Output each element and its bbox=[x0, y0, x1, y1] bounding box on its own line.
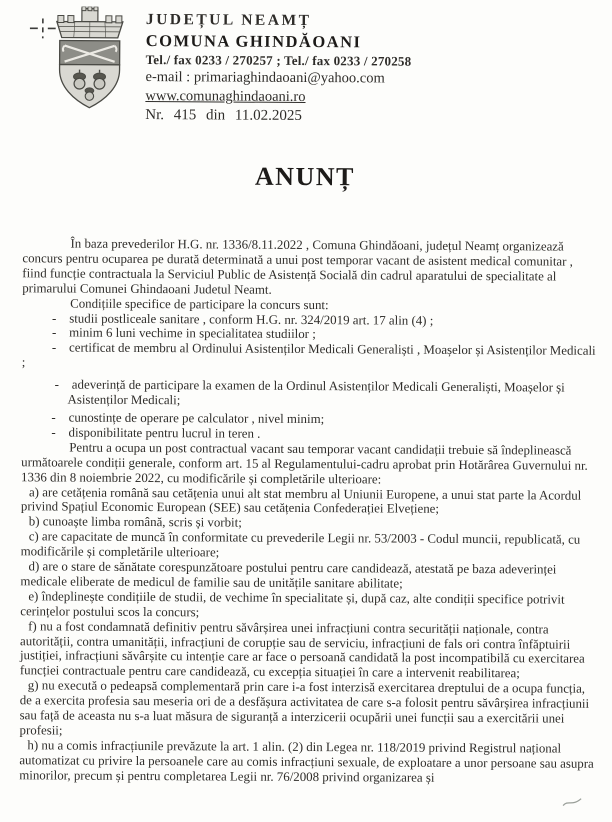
commune-name: COMUNA GHINDĂOANI bbox=[146, 30, 412, 53]
body: În baza prevederilor H.G. nr. 1336/8.11.… bbox=[19, 236, 600, 786]
condition-item: a) are cetățenia română sau cetățenia un… bbox=[21, 485, 599, 518]
condition-item: f) nu a fost condamnată definitiv pentru… bbox=[20, 619, 598, 682]
condition-item: c) are capacitate de muncă în conformita… bbox=[21, 529, 599, 562]
bullet-line: - certificat de membru al Ordinului Asis… bbox=[22, 341, 600, 374]
condition-item: h) nu a comis infracțiunile prevăzute la… bbox=[19, 738, 597, 786]
page-title: ANUNȚ bbox=[0, 160, 611, 194]
bullet-line: - adeverință de participare la examen de… bbox=[22, 377, 600, 410]
website-url: www.comunaghindaoani.ro bbox=[145, 87, 411, 107]
email-line: e-mail : primariaghindaoani@yahoo.com bbox=[145, 68, 411, 88]
letterhead: JUDEȚUL NEAMȚ COMUNA GHINDĂOANI Tel./ fa… bbox=[43, 6, 411, 127]
condition-item: e) îndeplinește condițiile de studii, de… bbox=[20, 589, 598, 622]
coat-of-arms-icon bbox=[43, 6, 136, 111]
institution-info: JUDEȚUL NEAMȚ COMUNA GHINDĂOANI Tel./ fa… bbox=[145, 7, 411, 127]
paragraph: Pentru a ocupa un post contractual vacan… bbox=[21, 440, 599, 488]
registry-number: Nr. 415 din 11.02.2025 bbox=[145, 106, 411, 127]
phone-fax-line: Tel./ fax 0233 / 270257 ; Tel./ fax 0233… bbox=[146, 52, 412, 71]
email-address: primariaghindaoani@yahoo.com bbox=[194, 70, 385, 87]
condition-item: g) nu execută o pedeapsă complementară p… bbox=[19, 679, 597, 742]
county-name: JUDEȚUL NEAMȚ bbox=[146, 10, 412, 32]
email-label: e-mail : bbox=[145, 69, 193, 85]
paragraph: În baza prevederilor H.G. nr. 1336/8.11.… bbox=[22, 236, 600, 299]
pen-stray-mark-icon bbox=[562, 797, 582, 809]
condition-item: d) are o stare de sănătate corespunzătoa… bbox=[20, 559, 598, 592]
scanned-document-page: JUDEȚUL NEAMȚ COMUNA GHINDĂOANI Tel./ fa… bbox=[0, 0, 612, 822]
